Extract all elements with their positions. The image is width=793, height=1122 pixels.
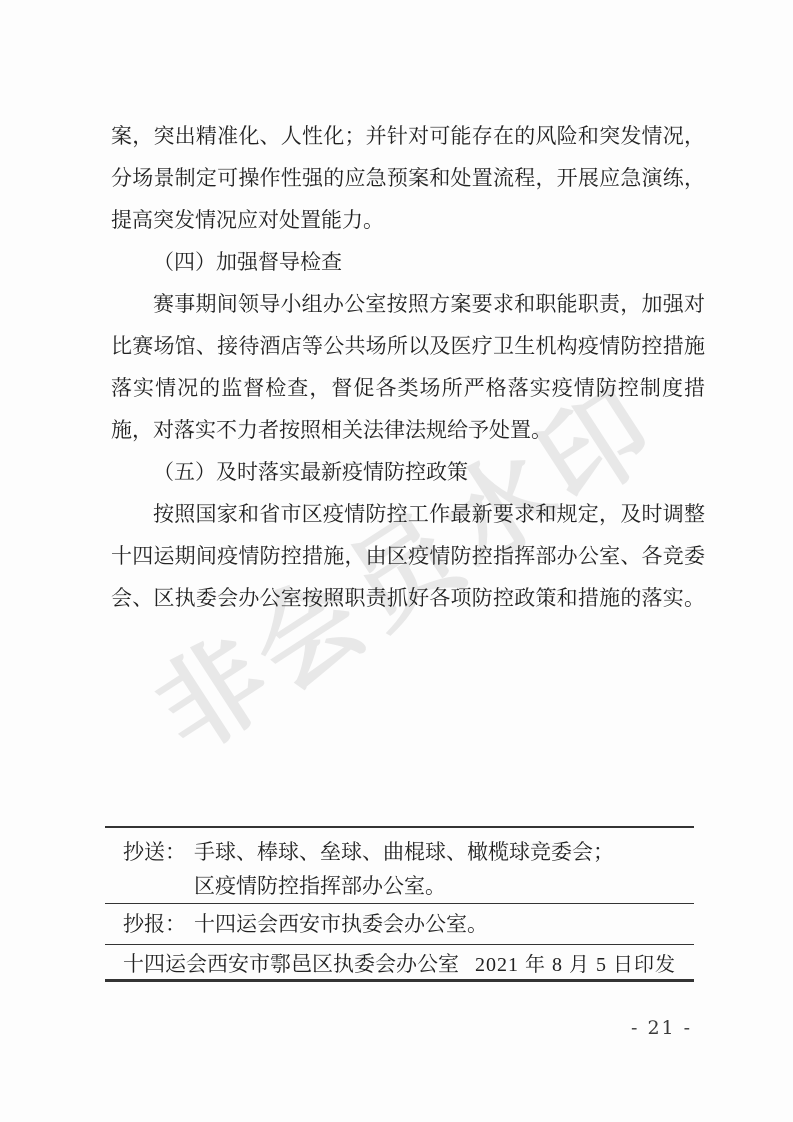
body-line: 按照国家和省市区疫情防控工作最新要求和规定，及时调整: [111, 493, 705, 535]
footer-distribution-block: 抄送： 手球、棒球、垒球、曲棍球、橄榄球竞委会； 区疫情防控指挥部办公室。 抄报…: [105, 826, 694, 982]
copy-to-content: 手球、棒球、垒球、曲棍球、橄榄球竞委会； 区疫情防控指挥部办公室。: [186, 835, 676, 903]
body-line: 提高突发情况应对处置能力。: [111, 199, 705, 241]
copy-to-line-1: 手球、棒球、垒球、曲棍球、橄榄球竞委会；: [194, 835, 676, 869]
body-line: 施，对落实不力者按照相关法律法规给予处置。: [111, 409, 705, 451]
section-heading-5: （五）及时落实最新疫情防控政策: [111, 451, 705, 493]
report-to-label: 抄报：: [123, 909, 186, 939]
print-date: 2021 年 8 月 5 日印发: [475, 948, 676, 977]
copy-to-label: 抄送：: [123, 835, 186, 869]
issuer-row: 十四运会西安市鄠邑区执委会办公室 2021 年 8 月 5 日印发: [105, 945, 694, 979]
footer-rule-bottom: [105, 979, 694, 982]
body-line: 会、区执委会办公室按照职责抓好各项防控政策和措施的落实。: [111, 577, 705, 619]
body-line: 赛事期间领导小组办公室按照方案要求和职能职责，加强对: [111, 283, 705, 325]
copy-to-row: 抄送： 手球、棒球、垒球、曲棍球、橄榄球竞委会； 区疫情防控指挥部办公室。: [105, 828, 694, 903]
body-line: 落实情况的监督检查，督促各类场所严格落实疫情防控制度措: [111, 367, 705, 409]
body-line: 案，突出精准化、人性化；并针对可能存在的风险和突发情况，: [111, 115, 705, 157]
issuing-office: 十四运会西安市鄠邑区执委会办公室: [123, 948, 459, 978]
section-heading-4: （四）加强督导检查: [111, 241, 705, 283]
body-line: 十四运期间疫情防控措施，由区疫情防控指挥部办公室、各竞委: [111, 535, 705, 577]
document-page: 非会员水印 案，突出精准化、人性化；并针对可能存在的风险和突发情况， 分场景制定…: [0, 0, 793, 1122]
document-body: 案，突出精准化、人性化；并针对可能存在的风险和突发情况， 分场景制定可操作性强的…: [111, 115, 705, 619]
report-to-row: 抄报： 十四运会西安市执委会办公室。: [105, 904, 694, 944]
body-line: 比赛场馆、接待酒店等公共场所以及医疗卫生机构疫情防控措施: [111, 325, 705, 367]
page-number: - 21 -: [631, 1017, 692, 1039]
report-to-value: 十四运会西安市执委会办公室。: [194, 909, 676, 939]
body-line: 分场景制定可操作性强的应急预案和处置流程，开展应急演练，: [111, 157, 705, 199]
copy-to-line-2: 区疫情防控指挥部办公室。: [194, 869, 676, 903]
